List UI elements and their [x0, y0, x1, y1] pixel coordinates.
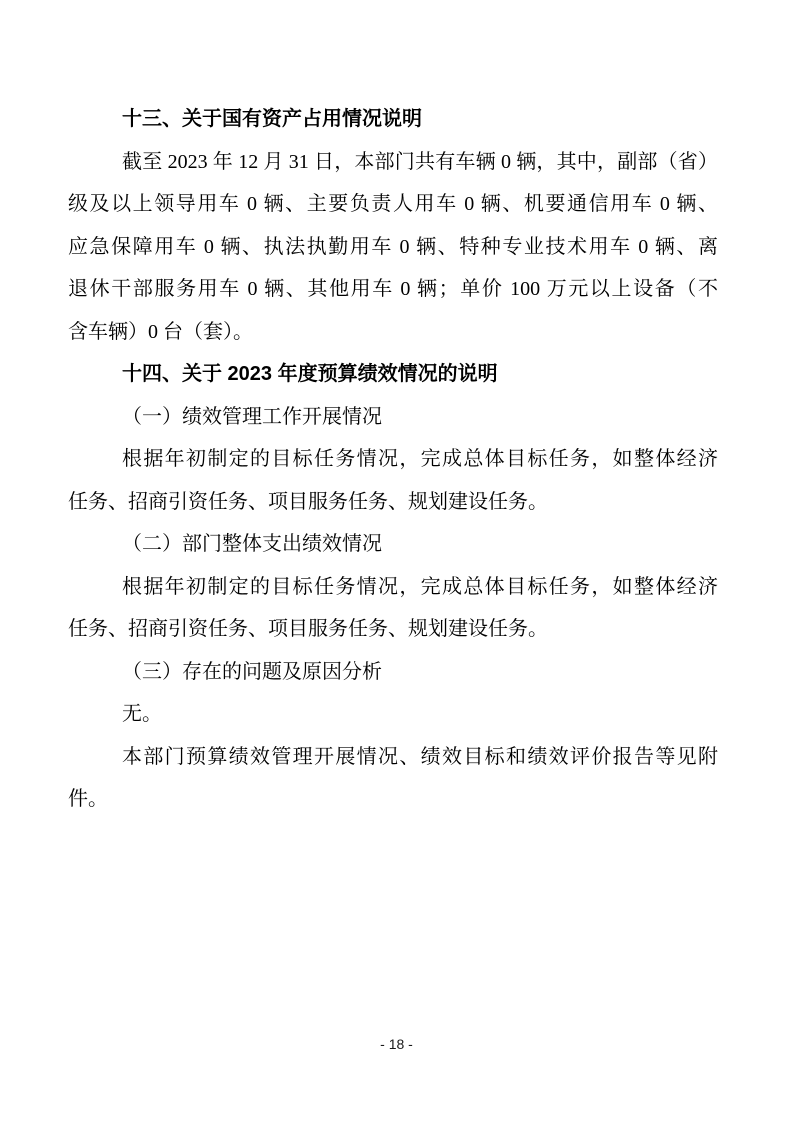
section-14-sub-1-paragraph-line-2: 任务、招商引资任务、项目服务任务、规划建设任务。 — [68, 481, 718, 524]
section-14-sub-1-paragraph: 根据年初制定的目标任务情况，完成总体目标任务，如整体经济任务、招商引资任务、项目… — [68, 438, 718, 523]
section-14-heading-line-1: 十四、关于 2023 年度预算绩效情况的说明 — [68, 353, 718, 396]
attachment-note-paragraph-line-1: 本部门预算绩效管理开展情况、绩效目标和绩效评价报告等见附 — [68, 736, 718, 779]
section-14-sub-1-heading-line-1: （一）绩效管理工作开展情况 — [68, 396, 718, 439]
page-footer: - 18 - — [0, 1036, 793, 1052]
section-14-sub-1-heading: （一）绩效管理工作开展情况 — [68, 396, 718, 439]
section-14-sub-2-heading-line-1: （二）部门整体支出绩效情况 — [68, 523, 718, 566]
section-13-paragraph-line-1: 截至 2023 年 12 月 31 日，本部门共有车辆 0 辆，其中，副部（省） — [68, 141, 718, 184]
section-14-sub-3-heading: （三）存在的问题及原因分析 — [68, 651, 718, 694]
document-content: 十三、关于国有资产占用情况说明截至 2023 年 12 月 31 日，本部门共有… — [68, 98, 718, 821]
section-14-sub-2-paragraph-line-1: 根据年初制定的目标任务情况，完成总体目标任务，如整体经济 — [68, 566, 718, 609]
section-14-sub-1-paragraph-line-1: 根据年初制定的目标任务情况，完成总体目标任务，如整体经济 — [68, 438, 718, 481]
page-number: - 18 - — [380, 1036, 413, 1052]
document-page: 十三、关于国有资产占用情况说明截至 2023 年 12 月 31 日，本部门共有… — [0, 0, 793, 1122]
section-13-heading-line-1: 十三、关于国有资产占用情况说明 — [68, 98, 718, 141]
section-13-paragraph-line-2: 级及以上领导用车 0 辆、主要负责人用车 0 辆、机要通信用车 0 辆、 — [68, 183, 718, 226]
section-14-sub-2-paragraph-line-2: 任务、招商引资任务、项目服务任务、规划建设任务。 — [68, 608, 718, 651]
section-14-heading: 十四、关于 2023 年度预算绩效情况的说明 — [68, 353, 718, 396]
section-14-sub-3-paragraph-line-1: 无。 — [68, 693, 718, 736]
section-13-paragraph-line-5: 含车辆）0 台（套）。 — [68, 311, 718, 354]
section-14-sub-2-heading: （二）部门整体支出绩效情况 — [68, 523, 718, 566]
attachment-note-paragraph: 本部门预算绩效管理开展情况、绩效目标和绩效评价报告等见附件。 — [68, 736, 718, 821]
section-13-paragraph: 截至 2023 年 12 月 31 日，本部门共有车辆 0 辆，其中，副部（省）… — [68, 141, 718, 354]
section-13-paragraph-line-3: 应急保障用车 0 辆、执法执勤用车 0 辆、特种专业技术用车 0 辆、离 — [68, 226, 718, 269]
section-14-sub-3-paragraph: 无。 — [68, 693, 718, 736]
section-14-sub-3-heading-line-1: （三）存在的问题及原因分析 — [68, 651, 718, 694]
section-14-sub-2-paragraph: 根据年初制定的目标任务情况，完成总体目标任务，如整体经济任务、招商引资任务、项目… — [68, 566, 718, 651]
section-13-paragraph-line-4: 退休干部服务用车 0 辆、其他用车 0 辆；单价 100 万元以上设备（不 — [68, 268, 718, 311]
attachment-note-paragraph-line-2: 件。 — [68, 778, 718, 821]
section-13-heading: 十三、关于国有资产占用情况说明 — [68, 98, 718, 141]
